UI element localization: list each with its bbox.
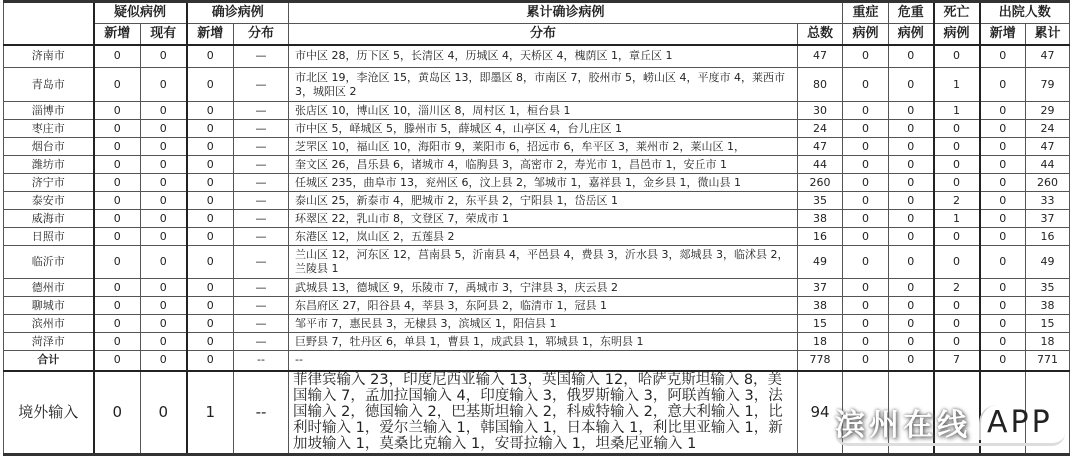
suspected-existing: 0 xyxy=(141,120,187,138)
cumulative-distribution: -- xyxy=(289,351,798,371)
suspected-existing: 0 xyxy=(141,68,187,102)
header-critical: 危重 xyxy=(889,2,934,24)
table-row: 潍坊市000—奎文区 26，昌乐县 6，诸城市 4，临朐县 3，高密市 2，寿光… xyxy=(4,156,1070,174)
confirmed-distribution: — xyxy=(234,297,289,315)
discharged-new: 0 xyxy=(980,156,1026,174)
city-name: 临沂市 xyxy=(4,246,94,279)
cumulative-distribution: 任城区 235，曲阜市 13，兖州区 6，汶上县 2，邹城市 1，嘉祥县 1，金… xyxy=(289,174,798,192)
covid-case-table: 疑似病例 确诊病例 累计确诊病例 重症 危重 死亡 出院人数 新增 现有 新增 … xyxy=(3,0,1070,456)
suspected-new: 0 xyxy=(94,297,141,315)
death-cases: 2 xyxy=(934,192,980,210)
death-cases: 0 xyxy=(934,174,980,192)
cumulative-total: 37 xyxy=(798,279,843,297)
confirmed-distribution: — xyxy=(234,45,289,68)
severe-cases: 0 xyxy=(843,102,889,120)
table-row: 济宁市000—任城区 235，曲阜市 13，兖州区 6，汶上县 2，邹城市 1，… xyxy=(4,174,1070,192)
suspected-new: 0 xyxy=(94,68,141,102)
discharged-cumulative: 24 xyxy=(1026,120,1070,138)
critical-cases: 0 xyxy=(889,228,934,246)
city-name: 淄博市 xyxy=(4,102,94,120)
cumulative-distribution: 芝罘区 10，福山区 10，海阳市 9，莱阳市 6，招远市 6，牟平区 3，莱州… xyxy=(289,138,798,156)
suspected-existing: 0 xyxy=(141,297,187,315)
critical-cases: 0 xyxy=(889,174,934,192)
confirmed-distribution: — xyxy=(234,102,289,120)
header-death: 死亡 xyxy=(934,2,980,24)
table-row: 泰安市000—泰山区 25，新泰市 4，肥城市 2，东平县 2，宁阳县 1，岱岳… xyxy=(4,192,1070,210)
city-name: 合计 xyxy=(4,351,94,371)
discharged-new: 0 xyxy=(980,174,1026,192)
confirmed-new: 1 xyxy=(187,371,234,455)
death-cases: 2 xyxy=(934,279,980,297)
discharged-cumulative: 47 xyxy=(1026,45,1070,68)
table-row: 德州市000—武城县 13，德城区 9，乐陵市 7，禹城市 3，宁津县 3，庆云… xyxy=(4,279,1070,297)
header-suspected: 疑似病例 xyxy=(94,2,187,24)
confirmed-distribution: — xyxy=(234,120,289,138)
severe-cases: 0 xyxy=(843,68,889,102)
severe-cases: 0 xyxy=(843,333,889,351)
cumulative-distribution: 市中区 28，历下区 5，长清区 4，历城区 4，天桥区 4，槐荫区 1，章丘区… xyxy=(289,45,798,68)
confirmed-new: 0 xyxy=(187,102,234,120)
discharged-new: 0 xyxy=(980,138,1026,156)
confirmed-new: 0 xyxy=(187,279,234,297)
cumulative-total: 35 xyxy=(798,192,843,210)
severe-cases: 0 xyxy=(843,228,889,246)
confirmed-distribution: — xyxy=(234,156,289,174)
severe-cases: 0 xyxy=(843,210,889,228)
header-cum-total: 总数 xyxy=(798,24,843,45)
header-discharged-cum: 累计 xyxy=(1026,24,1070,45)
city-name: 济宁市 xyxy=(4,174,94,192)
discharged-new xyxy=(980,371,1026,455)
discharged-cumulative: 15 xyxy=(1026,315,1070,333)
suspected-new: 0 xyxy=(94,246,141,279)
suspected-existing: 0 xyxy=(141,45,187,68)
confirmed-new: 0 xyxy=(187,156,234,174)
header-susp-new: 新增 xyxy=(94,24,141,45)
suspected-existing: 0 xyxy=(141,138,187,156)
confirmed-new: 0 xyxy=(187,68,234,102)
confirmed-distribution: — xyxy=(234,210,289,228)
suspected-new: 0 xyxy=(94,45,141,68)
confirmed-new: 0 xyxy=(187,297,234,315)
discharged-cumulative: 16 xyxy=(1026,228,1070,246)
critical-cases: 0 xyxy=(889,297,934,315)
cumulative-distribution: 武城县 13，德城区 9，乐陵市 7，禹城市 3，宁津县 3，庆云县 2 xyxy=(289,279,798,297)
discharged-cumulative: 771 xyxy=(1026,351,1070,371)
suspected-existing: 0 xyxy=(141,102,187,120)
critical-cases: 0 xyxy=(889,333,934,351)
severe-cases: 0 xyxy=(843,297,889,315)
severe-cases: 0 xyxy=(843,120,889,138)
confirmed-distribution: -- xyxy=(234,351,289,371)
severe-cases: 0 xyxy=(843,192,889,210)
discharged-new: 0 xyxy=(980,210,1026,228)
table-row: 枣庄市000—市中区 5，峄城区 5，滕州市 5，薛城区 4，山亭区 4，台儿庄… xyxy=(4,120,1070,138)
suspected-existing: 0 xyxy=(141,279,187,297)
city-name: 德州市 xyxy=(4,279,94,297)
header-confirmed: 确诊病例 xyxy=(187,2,289,24)
table-row: 临沂市000—兰山区 12，河东区 12，莒南县 5，沂南县 4，平邑县 4，费… xyxy=(4,246,1070,279)
suspected-new: 0 xyxy=(94,192,141,210)
discharged-cumulative: 18 xyxy=(1026,333,1070,351)
discharged-new: 0 xyxy=(980,315,1026,333)
city-name: 济南市 xyxy=(4,45,94,68)
death-cases: 0 xyxy=(934,246,980,279)
suspected-new: 0 xyxy=(94,333,141,351)
critical-cases: 0 xyxy=(889,68,934,102)
cumulative-total: 30 xyxy=(798,102,843,120)
discharged-cumulative: 49 xyxy=(1026,246,1070,279)
confirmed-distribution: — xyxy=(234,138,289,156)
cumulative-distribution: 东昌府区 27，阳谷县 4，莘县 3，东阿县 2，临清市 1，冠县 1 xyxy=(289,297,798,315)
severe-cases: 0 xyxy=(843,351,889,371)
city-name: 青岛市 xyxy=(4,68,94,102)
table-row: 淄博市000—张店区 10，博山区 10，淄川区 8，周村区 1，桓台县 130… xyxy=(4,102,1070,120)
confirmed-distribution: — xyxy=(234,315,289,333)
confirmed-distribution: -- xyxy=(234,371,289,455)
death-cases: 0 xyxy=(934,315,980,333)
confirmed-new: 0 xyxy=(187,210,234,228)
header-severe-2: 病例 xyxy=(843,24,889,45)
critical-cases: 0 xyxy=(889,45,934,68)
header-susp-existing: 现有 xyxy=(141,24,187,45)
discharged-cumulative: 44 xyxy=(1026,156,1070,174)
suspected-existing: 0 xyxy=(141,192,187,210)
table-row: 菏泽市000—巨野县 7，牡丹区 6，单县 1，曹县 1，成武县 1，郓城县 1… xyxy=(4,333,1070,351)
table-row: 济南市000—市中区 28，历下区 5，长清区 4，历城区 4，天桥区 4，槐荫… xyxy=(4,45,1070,68)
death-cases: 1 xyxy=(934,102,980,120)
city-name: 枣庄市 xyxy=(4,120,94,138)
cumulative-distribution: 市北区 19，李沧区 15，黄岛区 13，即墨区 8，市南区 7，胶州市 5，崂… xyxy=(289,68,798,102)
critical-cases: 0 xyxy=(889,102,934,120)
confirmed-new: 0 xyxy=(187,315,234,333)
suspected-existing: 0 xyxy=(141,371,187,455)
cumulative-total: 80 xyxy=(798,68,843,102)
discharged-new: 0 xyxy=(980,120,1026,138)
confirmed-new: 0 xyxy=(187,333,234,351)
total-row: 合计000----7780070771 xyxy=(4,351,1070,371)
severe-cases: 0 xyxy=(843,174,889,192)
discharged-cumulative: 260 xyxy=(1026,174,1070,192)
discharged-new: 0 xyxy=(980,246,1026,279)
table-row: 滨州市000—邹平市 7，惠民县 3，无棣县 3，滨城区 1，阳信县 11500… xyxy=(4,315,1070,333)
suspected-new: 0 xyxy=(94,102,141,120)
cumulative-total: 49 xyxy=(798,246,843,279)
cumulative-total: 15 xyxy=(798,315,843,333)
cumulative-total: 44 xyxy=(798,156,843,174)
discharged-cumulative: 29 xyxy=(1026,102,1070,120)
cumulative-total: 260 xyxy=(798,174,843,192)
death-cases: 7 xyxy=(934,351,980,371)
severe-cases xyxy=(843,371,889,455)
cumulative-distribution: 邹平市 7，惠民县 3，无棣县 3，滨城区 1，阳信县 1 xyxy=(289,315,798,333)
discharged-new: 0 xyxy=(980,297,1026,315)
cumulative-total: 94 xyxy=(798,371,843,455)
city-name: 境外输入 xyxy=(4,371,94,455)
cumulative-distribution: 东港区 12，岚山区 2，五莲县 2 xyxy=(289,228,798,246)
city-name: 滨州市 xyxy=(4,315,94,333)
death-cases: 0 xyxy=(934,156,980,174)
critical-cases xyxy=(889,371,934,455)
city-name: 潍坊市 xyxy=(4,156,94,174)
discharged-cumulative: 33 xyxy=(1026,192,1070,210)
confirmed-new: 0 xyxy=(187,246,234,279)
confirmed-new: 0 xyxy=(187,120,234,138)
death-cases: 0 xyxy=(934,228,980,246)
header-conf-distribution: 分布 xyxy=(234,24,289,45)
cumulative-total: 18 xyxy=(798,333,843,351)
cumulative-distribution: 奎文区 26，昌乐县 6，诸城市 4，临朐县 3，高密市 2，寿光市 1，昌邑市… xyxy=(289,156,798,174)
header-cum-distribution: 分布 xyxy=(289,24,798,45)
severe-cases: 0 xyxy=(843,138,889,156)
critical-cases: 0 xyxy=(889,246,934,279)
city-name: 聊城市 xyxy=(4,297,94,315)
discharged-new: 0 xyxy=(980,351,1026,371)
cumulative-total: 38 xyxy=(798,210,843,228)
city-name: 日照市 xyxy=(4,228,94,246)
header-critical-2: 病例 xyxy=(889,24,934,45)
cumulative-distribution: 巨野县 7，牡丹区 6，单县 1，曹县 1，成武县 1，郓城县 1，东明县 1 xyxy=(289,333,798,351)
confirmed-distribution: — xyxy=(234,279,289,297)
confirmed-distribution: — xyxy=(234,68,289,102)
discharged-new: 0 xyxy=(980,45,1026,68)
critical-cases: 0 xyxy=(889,315,934,333)
confirmed-distribution: — xyxy=(234,192,289,210)
header-conf-new: 新增 xyxy=(187,24,234,45)
discharged-new: 0 xyxy=(980,333,1026,351)
city-name: 威海市 xyxy=(4,210,94,228)
confirmed-distribution: — xyxy=(234,228,289,246)
suspected-existing: 0 xyxy=(141,210,187,228)
suspected-existing: 0 xyxy=(141,156,187,174)
suspected-existing: 0 xyxy=(141,228,187,246)
critical-cases: 0 xyxy=(889,351,934,371)
table-header: 疑似病例 确诊病例 累计确诊病例 重症 危重 死亡 出院人数 新增 现有 新增 … xyxy=(4,2,1070,45)
discharged-cumulative: 35 xyxy=(1026,279,1070,297)
discharged-new: 0 xyxy=(980,68,1026,102)
suspected-existing: 0 xyxy=(141,333,187,351)
severe-cases: 0 xyxy=(843,45,889,68)
header-death-2: 病例 xyxy=(934,24,980,45)
confirmed-new: 0 xyxy=(187,45,234,68)
critical-cases: 0 xyxy=(889,138,934,156)
critical-cases: 0 xyxy=(889,210,934,228)
confirmed-distribution: — xyxy=(234,174,289,192)
cumulative-distribution: 张店区 10，博山区 10，淄川区 8，周村区 1，桓台县 1 xyxy=(289,102,798,120)
suspected-existing: 0 xyxy=(141,351,187,371)
discharged-cumulative: 79 xyxy=(1026,68,1070,102)
severe-cases: 0 xyxy=(843,156,889,174)
death-cases: 1 xyxy=(934,210,980,228)
confirmed-distribution: — xyxy=(234,246,289,279)
header-discharged: 出院人数 xyxy=(980,2,1070,24)
discharged-new: 0 xyxy=(980,192,1026,210)
suspected-new: 0 xyxy=(94,120,141,138)
suspected-new: 0 xyxy=(94,174,141,192)
confirmed-new: 0 xyxy=(187,351,234,371)
discharged-cumulative xyxy=(1026,371,1070,455)
severe-cases: 0 xyxy=(843,315,889,333)
discharged-new: 0 xyxy=(980,102,1026,120)
table-row: 青岛市000—市北区 19，李沧区 15，黄岛区 13，即墨区 8，市南区 7，… xyxy=(4,68,1070,102)
header-cumulative: 累计确诊病例 xyxy=(289,2,843,24)
suspected-existing: 0 xyxy=(141,174,187,192)
cumulative-total: 16 xyxy=(798,228,843,246)
suspected-existing: 0 xyxy=(141,246,187,279)
table-body: 济南市000—市中区 28，历下区 5，长清区 4，历城区 4，天桥区 4，槐荫… xyxy=(4,45,1070,455)
table-row: 烟台市000—芝罘区 10，福山区 10，海阳市 9，莱阳市 6，招远市 6，牟… xyxy=(4,138,1070,156)
cumulative-total: 47 xyxy=(798,45,843,68)
suspected-new: 0 xyxy=(94,228,141,246)
discharged-cumulative: 38 xyxy=(1026,297,1070,315)
suspected-new: 0 xyxy=(94,138,141,156)
suspected-new: 0 xyxy=(94,210,141,228)
critical-cases: 0 xyxy=(889,192,934,210)
suspected-new: 0 xyxy=(94,315,141,333)
critical-cases: 0 xyxy=(889,279,934,297)
cumulative-distribution: 兰山区 12，河东区 12，莒南县 5，沂南县 4，平邑县 4，费县 3，沂水县… xyxy=(289,246,798,279)
critical-cases: 0 xyxy=(889,120,934,138)
suspected-new: 0 xyxy=(94,156,141,174)
suspected-new: 0 xyxy=(94,279,141,297)
confirmed-distribution: — xyxy=(234,333,289,351)
cumulative-distribution: 环翠区 22，乳山市 8，文登区 7，荣成市 1 xyxy=(289,210,798,228)
confirmed-new: 0 xyxy=(187,138,234,156)
death-cases: 0 xyxy=(934,120,980,138)
cumulative-total: 38 xyxy=(798,297,843,315)
cumulative-total: 778 xyxy=(798,351,843,371)
cumulative-distribution: 菲律宾输入 23，印度尼西亚输入 13，英国输入 12，哈萨克斯坦输入 8，美国… xyxy=(289,371,798,455)
confirmed-new: 0 xyxy=(187,174,234,192)
death-cases: 0 xyxy=(934,333,980,351)
critical-cases: 0 xyxy=(889,156,934,174)
table-row: 威海市000—环翠区 22，乳山市 8，文登区 7，荣成市 138001037 xyxy=(4,210,1070,228)
death-cases: 0 xyxy=(934,138,980,156)
death-cases: 1 xyxy=(934,68,980,102)
city-name: 泰安市 xyxy=(4,192,94,210)
discharged-cumulative: 47 xyxy=(1026,138,1070,156)
cumulative-distribution: 市中区 5，峄城区 5，滕州市 5，薛城区 4，山亭区 4，台儿庄区 1 xyxy=(289,120,798,138)
suspected-new: 0 xyxy=(94,351,141,371)
city-name: 菏泽市 xyxy=(4,333,94,351)
confirmed-new: 0 xyxy=(187,192,234,210)
header-severe: 重症 xyxy=(843,2,889,24)
severe-cases: 0 xyxy=(843,246,889,279)
header-discharged-new: 新增 xyxy=(980,24,1026,45)
cumulative-total: 47 xyxy=(798,138,843,156)
death-cases xyxy=(934,371,980,455)
confirmed-new: 0 xyxy=(187,228,234,246)
header-blank xyxy=(4,2,94,45)
death-cases: 0 xyxy=(934,297,980,315)
cumulative-total: 24 xyxy=(798,120,843,138)
discharged-cumulative: 37 xyxy=(1026,210,1070,228)
table-row: 聊城市000—东昌府区 27，阳谷县 4，莘县 3，东阿县 2，临清市 1，冠县… xyxy=(4,297,1070,315)
suspected-new: 0 xyxy=(94,371,141,455)
cumulative-distribution: 泰山区 25，新泰市 4，肥城市 2，东平县 2，宁阳县 1，岱岳区 1 xyxy=(289,192,798,210)
table-row: 日照市000—东港区 12，岚山区 2，五莲县 216000016 xyxy=(4,228,1070,246)
suspected-existing: 0 xyxy=(141,315,187,333)
abroad-import-row: 境外输入001--菲律宾输入 23，印度尼西亚输入 13，英国输入 12，哈萨克… xyxy=(4,371,1070,455)
death-cases: 0 xyxy=(934,45,980,68)
discharged-new: 0 xyxy=(980,228,1026,246)
discharged-new: 0 xyxy=(980,279,1026,297)
city-name: 烟台市 xyxy=(4,138,94,156)
severe-cases: 0 xyxy=(843,279,889,297)
